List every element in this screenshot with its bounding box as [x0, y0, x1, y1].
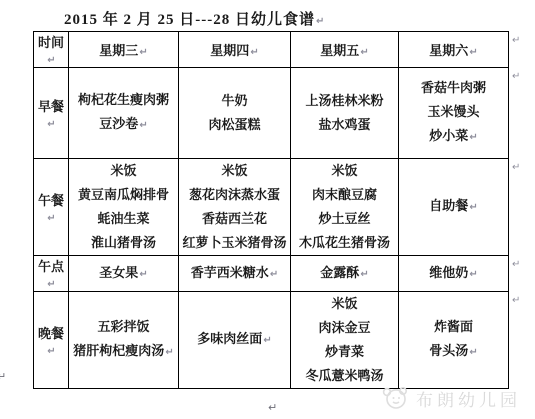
paragraph-mark-icon: ↵ — [469, 269, 477, 280]
dish-name-text: 葱花肉沫蒸水蛋 — [189, 187, 280, 202]
paragraph-mark-icon: ↵ — [360, 47, 368, 58]
dish-name-text: 蚝油生菜 — [97, 211, 149, 226]
dish-name-text: 豆沙卷 — [99, 116, 138, 131]
watermark-text: 布朗幼儿园 — [416, 386, 521, 411]
dish-name-text: 香菇西兰花 — [202, 211, 267, 226]
paragraph-mark-icon: ↵ — [469, 202, 477, 213]
dish-name: 炸酱面 — [399, 315, 508, 339]
dish-name: 香芋西米糖水↵ — [179, 261, 290, 287]
row-label-breakfast: 早餐↵ — [34, 68, 69, 159]
dish-name-text: 炒土豆丝 — [318, 211, 370, 226]
menu-cell-afternoon-snack-wednesday: 圣女果↵ — [69, 256, 179, 292]
dish-name-text: 黄豆南瓜焖排骨 — [78, 187, 169, 202]
dish-name: 红萝卜玉米猪骨汤 — [179, 231, 290, 255]
meal-row-lunch: 午餐↵米饭黄豆南瓜焖排骨蚝油生菜淮山猪骨汤米饭葱花肉沫蒸水蛋香菇西兰花红萝卜玉米… — [34, 159, 509, 256]
row-label-text: 晚餐 — [38, 326, 64, 341]
paragraph-mark-icon: ↵ — [250, 47, 258, 58]
menu-cell-afternoon-snack-saturday: 维他奶↵ — [399, 256, 509, 292]
dish-name-text: 维他奶 — [429, 265, 468, 280]
meal-row-breakfast: 早餐↵枸杞花生瘦肉粥豆沙卷↵牛奶肉松蛋糕上汤桂林米粉盐水鸡蛋香菇牛肉粥玉米馒头炒… — [34, 68, 509, 159]
dish-name: 木瓜花生猪骨汤 — [291, 231, 398, 255]
dish-name: 香菇西兰花 — [179, 207, 290, 231]
dish-name-text: 炒小菜 — [429, 128, 468, 143]
dish-name: 炒青菜 — [291, 340, 398, 364]
dish-name-text: 米饭 — [110, 163, 136, 178]
dish-name-text: 红萝卜玉米猪骨汤 — [182, 235, 286, 250]
menu-cell-afternoon-snack-thursday: 香芋西米糖水↵ — [179, 256, 291, 292]
dish-name-text: 金露酥 — [320, 265, 359, 280]
dish-name-text: 牛奶 — [221, 93, 247, 108]
column-header-thursday: 星期四↵ — [179, 32, 291, 68]
menu-cell-lunch-thursday: 米饭葱花肉沫蒸水蛋香菇西兰花红萝卜玉米猪骨汤 — [179, 159, 291, 256]
dish-name-text: 肉松蛋糕 — [208, 117, 260, 132]
menu-cell-lunch-saturday: 自助餐↵ — [399, 159, 509, 256]
dish-name-text: 木瓜花生猪骨汤 — [299, 235, 390, 250]
paragraph-mark-icon: ↵ — [47, 55, 55, 66]
menu-cell-lunch-friday: 米饭肉末酿豆腐炒土豆丝木瓜花生猪骨汤 — [291, 159, 399, 256]
row-label-afternoon-snack: 午点↵ — [34, 256, 69, 292]
dish-name-text: 玉米馒头 — [427, 104, 479, 119]
dish-name: 肉沫金豆 — [291, 316, 398, 340]
dish-name-text: 猪肝枸杞瘦肉汤 — [73, 343, 164, 358]
menu-table-body: 早餐↵枸杞花生瘦肉粥豆沙卷↵牛奶肉松蛋糕上汤桂林米粉盐水鸡蛋香菇牛肉粥玉米馒头炒… — [34, 68, 509, 389]
paragraph-mark-icon: ↵ — [47, 346, 55, 357]
paragraph-mark-icon: ↵ — [512, 295, 520, 306]
dish-name: 肉末酿豆腐 — [291, 183, 398, 207]
paragraph-mark-icon: ↵ — [47, 119, 55, 130]
paragraph-mark-icon: ↵ — [47, 279, 55, 290]
paragraph-mark-icon: ↵ — [263, 335, 271, 346]
bear-face-logo-icon — [380, 385, 410, 411]
dish-name-text: 五彩拌饭 — [97, 319, 149, 334]
page-title: 2015 年 2 月 25 日---28 日幼儿食谱↵ — [64, 8, 325, 29]
dish-name-text: 肉末酿豆腐 — [312, 187, 377, 202]
paragraph-mark-icon: ↵ — [268, 401, 277, 414]
menu-cell-dinner-saturday: 炸酱面骨头汤↵ — [399, 292, 509, 389]
menu-table-head: 时间↵星期三↵星期四↵星期五↵星期六↵ — [34, 32, 509, 68]
dish-name: 自助餐↵ — [399, 194, 508, 220]
dish-name: 盐水鸡蛋 — [291, 113, 398, 137]
paragraph-mark-icon: ↵ — [270, 269, 278, 280]
menu-cell-dinner-thursday: 多味肉丝面↵ — [179, 292, 291, 389]
row-label-text: 午点 — [38, 259, 64, 274]
meal-row-afternoon-snack: 午点↵圣女果↵香芋西米糖水↵金露酥↵维他奶↵ — [34, 256, 509, 292]
dish-name: 蚝油生菜 — [69, 207, 178, 231]
column-header-label: 星期六 — [429, 43, 468, 58]
paragraph-mark-icon: ↵ — [512, 35, 520, 46]
row-label-lunch: 午餐↵ — [34, 159, 69, 256]
dish-name: 肉松蛋糕 — [179, 113, 290, 137]
dish-name-text: 圣女果 — [99, 265, 138, 280]
column-header-label: 星期三 — [99, 43, 138, 58]
dish-name: 骨头汤↵ — [399, 339, 508, 365]
column-header-label: 时间 — [38, 35, 64, 50]
dish-name-text: 骨头汤 — [429, 343, 468, 358]
column-header-friday: 星期五↵ — [291, 32, 399, 68]
dish-name-text: 炸酱面 — [434, 319, 473, 334]
dish-name-text: 炒青菜 — [325, 344, 364, 359]
column-header-label: 星期四 — [210, 43, 249, 58]
dish-name-text: 枸杞花生瘦肉粥 — [78, 92, 169, 107]
meal-row-dinner: 晚餐↵五彩拌饭猪肝枸杞瘦肉汤↵多味肉丝面↵米饭肉沫金豆炒青菜冬瓜薏米鸭汤炸酱面骨… — [34, 292, 509, 389]
dish-name: 黄豆南瓜焖排骨 — [69, 183, 178, 207]
menu-cell-dinner-wednesday: 五彩拌饭猪肝枸杞瘦肉汤↵ — [69, 292, 179, 389]
dish-name: 米饭 — [69, 159, 178, 183]
column-header-label: 星期五 — [320, 43, 359, 58]
dish-name: 米饭 — [291, 159, 398, 183]
paragraph-mark-icon: ↵ — [139, 47, 147, 58]
dish-name: 玉米馒头 — [399, 100, 508, 124]
dish-name: 米饭 — [291, 292, 398, 316]
dish-name: 维他奶↵ — [399, 261, 508, 287]
row-label-text: 早餐 — [38, 99, 64, 114]
scanned-menu-page: { "page": { "title": "2015 年 2 月 25 日---… — [0, 0, 535, 419]
dish-name-text: 冬瓜薏米鸭汤 — [305, 368, 383, 383]
paragraph-mark-icon: ↵ — [469, 47, 477, 58]
column-header-saturday: 星期六↵ — [399, 32, 509, 68]
dish-name: 五彩拌饭 — [69, 315, 178, 339]
watermark: 布朗幼儿园 — [380, 385, 521, 411]
menu-cell-dinner-friday: 米饭肉沫金豆炒青菜冬瓜薏米鸭汤 — [291, 292, 399, 389]
paragraph-mark-icon: ↵ — [139, 269, 147, 280]
menu-cell-breakfast-saturday: 香菇牛肉粥玉米馒头炒小菜↵ — [399, 68, 509, 159]
dish-name-text: 米饭 — [331, 163, 357, 178]
paragraph-mark-icon: ↵ — [0, 370, 6, 383]
paragraph-mark-icon: ↵ — [165, 347, 173, 358]
dish-name-text: 米饭 — [221, 163, 247, 178]
paragraph-mark-icon: ↵ — [139, 120, 147, 131]
dish-name-text: 盐水鸡蛋 — [318, 117, 370, 132]
row-label-text: 午餐 — [38, 193, 64, 208]
dish-name: 牛奶 — [179, 89, 290, 113]
dish-name-text: 肉沫金豆 — [318, 320, 370, 335]
dish-name: 金露酥↵ — [291, 261, 398, 287]
column-header-time: 时间↵ — [34, 32, 69, 68]
dish-name-text: 自助餐 — [429, 198, 468, 213]
dish-name: 枸杞花生瘦肉粥 — [69, 88, 178, 112]
dish-name: 米饭 — [179, 159, 290, 183]
dish-name-text: 多味肉丝面 — [197, 331, 262, 346]
dish-name: 淮山猪骨汤 — [69, 231, 178, 255]
dish-name: 香菇牛肉粥 — [399, 76, 508, 100]
paragraph-mark-icon: ↵ — [512, 162, 520, 173]
dish-name: 炒小菜↵ — [399, 124, 508, 150]
paragraph-mark-icon: ↵ — [469, 347, 477, 358]
paragraph-mark-icon: ↵ — [469, 132, 477, 143]
menu-cell-breakfast-thursday: 牛奶肉松蛋糕 — [179, 68, 291, 159]
menu-table: 时间↵星期三↵星期四↵星期五↵星期六↵ 早餐↵枸杞花生瘦肉粥豆沙卷↵牛奶肉松蛋糕… — [33, 31, 509, 389]
dish-name: 葱花肉沫蒸水蛋 — [179, 183, 290, 207]
menu-cell-afternoon-snack-friday: 金露酥↵ — [291, 256, 399, 292]
dish-name-text: 香芋西米糖水 — [191, 265, 269, 280]
dish-name: 圣女果↵ — [69, 261, 178, 287]
paragraph-mark-icon: ↵ — [512, 71, 520, 82]
menu-cell-breakfast-wednesday: 枸杞花生瘦肉粥豆沙卷↵ — [69, 68, 179, 159]
dish-name-text: 淮山猪骨汤 — [91, 235, 156, 250]
dish-name: 猪肝枸杞瘦肉汤↵ — [69, 339, 178, 365]
dish-name: 多味肉丝面↵ — [179, 327, 290, 353]
dish-name: 炒土豆丝 — [291, 207, 398, 231]
paragraph-mark-icon: ↵ — [316, 16, 325, 27]
dish-name: 上汤桂林米粉 — [291, 89, 398, 113]
menu-cell-lunch-wednesday: 米饭黄豆南瓜焖排骨蚝油生菜淮山猪骨汤 — [69, 159, 179, 256]
row-label-dinner: 晚餐↵ — [34, 292, 69, 389]
paragraph-mark-icon: ↵ — [512, 259, 520, 270]
dish-name-text: 上汤桂林米粉 — [305, 93, 383, 108]
menu-cell-breakfast-friday: 上汤桂林米粉盐水鸡蛋 — [291, 68, 399, 159]
dish-name-text: 米饭 — [331, 296, 357, 311]
paragraph-mark-icon: ↵ — [47, 213, 55, 224]
dish-name: 豆沙卷↵ — [69, 112, 178, 138]
dish-name-text: 香菇牛肉粥 — [421, 80, 486, 95]
column-header-wednesday: 星期三↵ — [69, 32, 179, 68]
page-title-text: 2015 年 2 月 25 日---28 日幼儿食谱 — [64, 12, 315, 28]
header-row: 时间↵星期三↵星期四↵星期五↵星期六↵ — [34, 32, 509, 68]
paragraph-mark-icon: ↵ — [360, 269, 368, 280]
